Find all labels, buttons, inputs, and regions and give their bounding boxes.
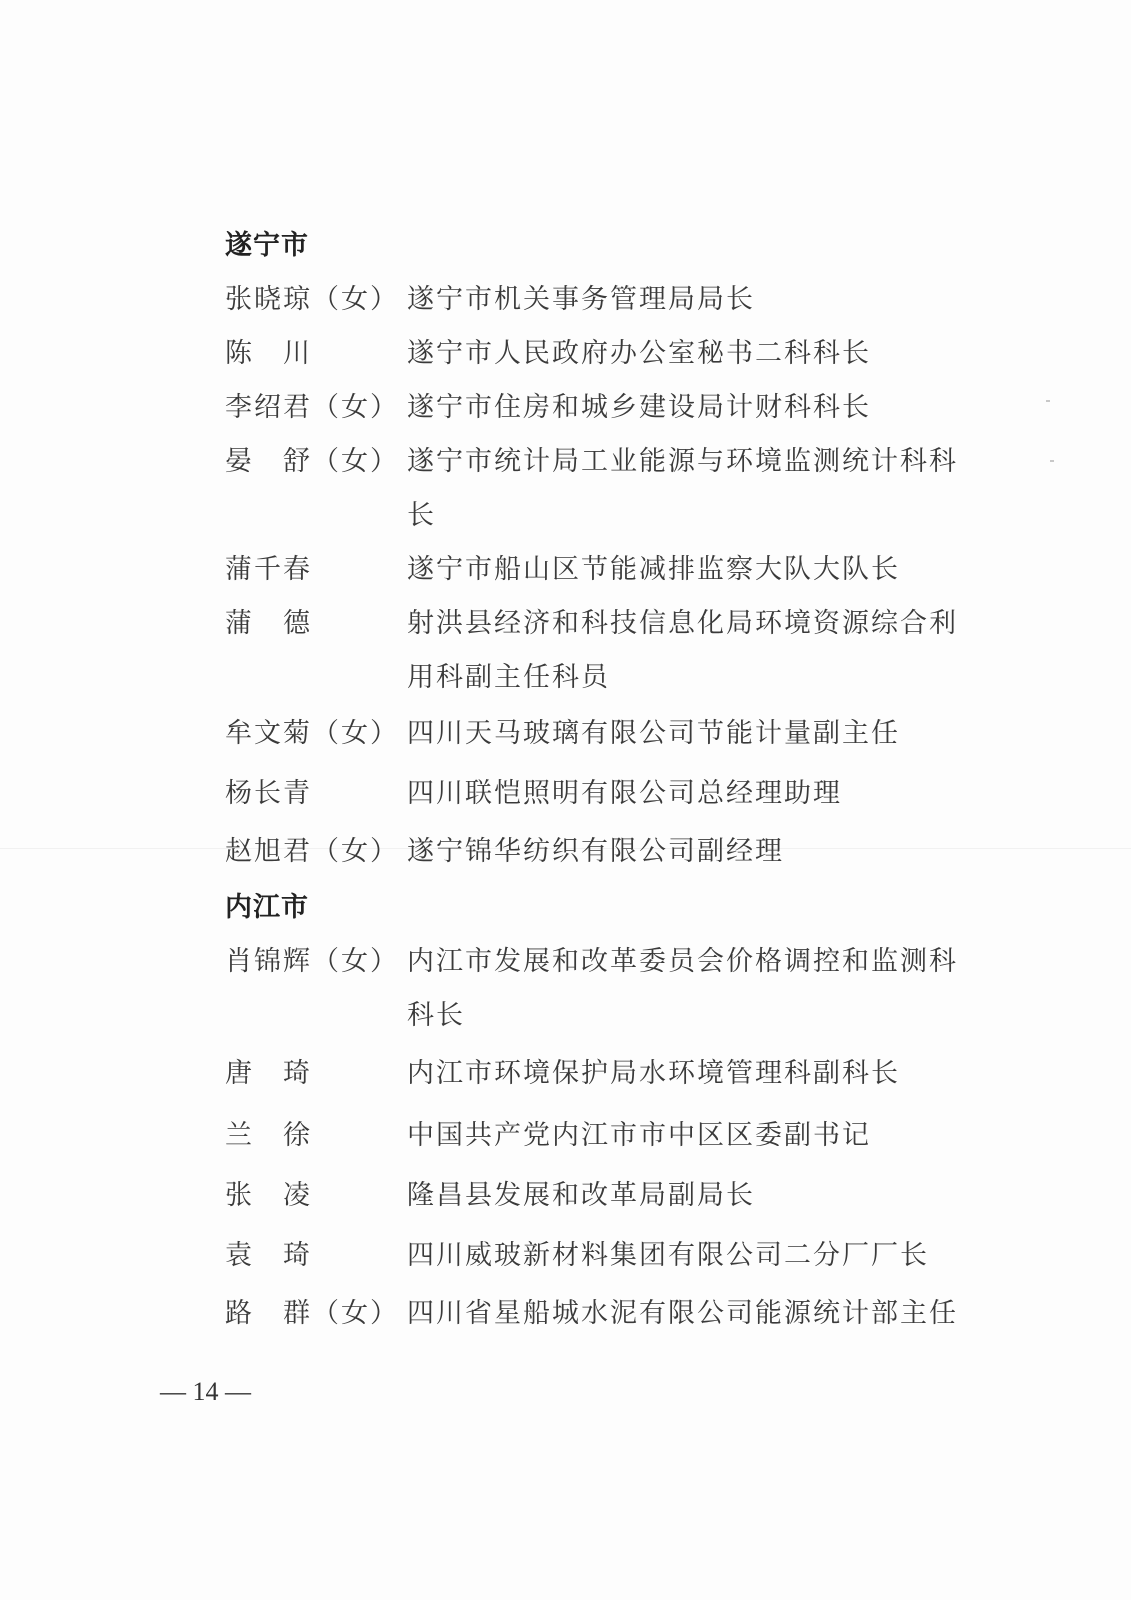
person-title-continuation: 用科副主任科员 bbox=[407, 662, 610, 694]
person-name: 李绍君（女） bbox=[225, 392, 405, 424]
person-title: 四川天马玻璃有限公司节能计量副主任 bbox=[407, 718, 900, 750]
person-name: 杨长青 bbox=[225, 778, 405, 810]
person-name: 路 群（女） bbox=[225, 1298, 405, 1330]
person-name: 晏 舒（女） bbox=[225, 446, 405, 478]
person-name: 蒲 德 bbox=[225, 608, 405, 640]
person-name: 牟文菊（女） bbox=[225, 718, 405, 750]
person-title: 四川联恺照明有限公司总经理助理 bbox=[407, 778, 842, 810]
person-name: 唐 琦 bbox=[225, 1058, 405, 1090]
person-name: 肖锦辉（女） bbox=[225, 946, 405, 978]
person-title: 四川省星船城水泥有限公司能源统计部主任 bbox=[407, 1298, 958, 1330]
person-title-continuation: 长 bbox=[407, 500, 436, 532]
person-title: 内江市环境保护局水环境管理科副科长 bbox=[407, 1058, 900, 1090]
person-title: 遂宁市人民政府办公室秘书二科科长 bbox=[407, 338, 871, 370]
person-name: 兰 徐 bbox=[225, 1120, 405, 1152]
person-name: 张晓琼（女） bbox=[225, 284, 405, 316]
person-title: 遂宁市统计局工业能源与环境监测统计科科 bbox=[407, 446, 958, 478]
person-title: 中国共产党内江市市中区区委副书记 bbox=[407, 1120, 871, 1152]
person-name: 陈 川 bbox=[225, 338, 405, 370]
scan-speck bbox=[1050, 460, 1054, 462]
person-title: 内江市发展和改革委员会价格调控和监测科 bbox=[407, 946, 958, 978]
scan-speck bbox=[1046, 400, 1050, 402]
person-title: 遂宁市船山区节能减排监察大队大队长 bbox=[407, 554, 900, 586]
person-title: 遂宁市住房和城乡建设局计财科科长 bbox=[407, 392, 871, 424]
person-title: 遂宁锦华纺织有限公司副经理 bbox=[407, 836, 784, 868]
section-heading-suining: 遂宁市 bbox=[225, 230, 309, 262]
page-number: — 14 — bbox=[160, 1376, 251, 1408]
person-title: 隆昌县发展和改革局副局长 bbox=[407, 1180, 755, 1212]
person-title: 遂宁市机关事务管理局局长 bbox=[407, 284, 755, 316]
section-heading-neijiang: 内江市 bbox=[225, 892, 309, 924]
person-title-continuation: 科长 bbox=[407, 1000, 465, 1032]
person-name: 赵旭君（女） bbox=[225, 836, 405, 868]
person-name: 蒲千春 bbox=[225, 554, 405, 586]
person-title: 射洪县经济和科技信息化局环境资源综合利 bbox=[407, 608, 958, 640]
person-name: 张 凌 bbox=[225, 1180, 405, 1212]
person-title: 四川威玻新材料集团有限公司二分厂厂长 bbox=[407, 1240, 929, 1272]
person-name: 袁 琦 bbox=[225, 1240, 405, 1272]
document-page: 遂宁市 张晓琼（女） 遂宁市机关事务管理局局长 陈 川 遂宁市人民政府办公室秘书… bbox=[0, 0, 1131, 1600]
